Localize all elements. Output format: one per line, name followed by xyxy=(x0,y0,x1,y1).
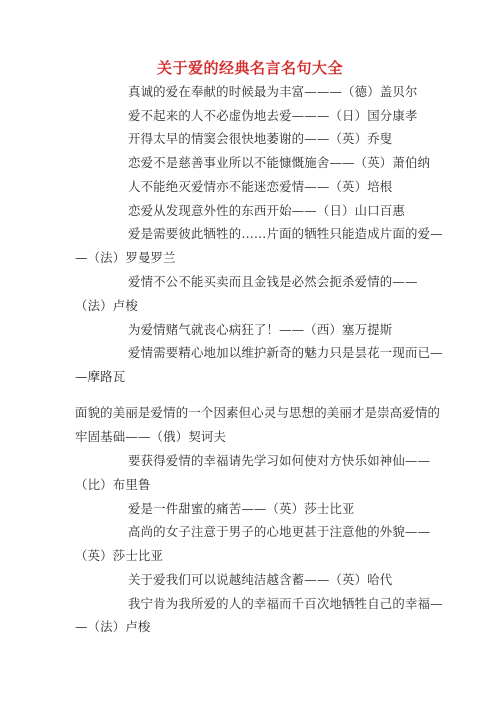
quote-continuation-line: —摩路瓦 xyxy=(75,369,125,385)
quote-line: 爱情需要精心地加以维护新奇的魅力只是昙花一现而已— xyxy=(128,345,443,361)
quote-continuation-line: 面貌的美丽是爱情的一个因素但心灵与思想的美丽才是崇高爱情的 xyxy=(75,405,440,421)
quote-line: 爱是需要彼此牺牲的……片面的牺牲只能造成片面的爱— xyxy=(128,226,443,242)
quote-line: 人不能绝灭爱情亦不能迷恋爱情——（英）培根 xyxy=(128,179,392,195)
quote-line: 真诚的爱在奉献的时候最为丰富———（德）盖贝尔 xyxy=(128,84,418,100)
quote-line: 我宁肯为我所爱的人的幸福而千百次地牺牲自己的幸福— xyxy=(128,596,443,612)
document-title: 关于爱的经典名言名句大全 xyxy=(0,57,500,78)
quote-line: 开得太早的情窦会很快地萎谢的——（英）乔叟 xyxy=(128,131,392,147)
quote-line: 为爱情赌气就丧心病狂了！——（西）塞万提斯 xyxy=(128,322,392,338)
quote-continuation-line: —（法）卢梭 xyxy=(75,619,151,635)
quote-line: 恋爱从发现意外性的东西开始——（日）山口百惠 xyxy=(128,203,405,219)
quote-continuation-line: （比）布里鲁 xyxy=(75,477,151,493)
quote-line: 要获得爱情的幸福请先学习如何使对方快乐如神仙—— xyxy=(128,453,430,469)
quote-line: 恋爱不是慈善事业所以不能慷慨施舍——（英）萧伯纳 xyxy=(128,155,430,171)
quote-line: 爱不起来的人不必虚伪地去爱———（日）国分康孝 xyxy=(128,108,418,124)
quote-line: 关于爱我们可以说越纯洁越含蓄——（英）哈代 xyxy=(128,572,392,588)
document-page: 关于爱的经典名言名句大全 真诚的爱在奉献的时候最为丰富———（德）盖贝尔爱不起来… xyxy=(0,0,500,708)
quote-continuation-line: —（法）罗曼罗兰 xyxy=(75,250,176,266)
quote-continuation-line: （英）莎士比亚 xyxy=(75,548,163,564)
quote-line: 爱情不公不能买卖而且金钱是必然会扼杀爱情的—— xyxy=(128,274,418,290)
quote-continuation-line: 牢固基础——（俄）契诃夫 xyxy=(75,429,226,445)
quote-continuation-line: （法）卢梭 xyxy=(75,298,138,314)
quote-line: 高尚的女子注意于男子的心地更甚于注意他的外貌—— xyxy=(128,524,430,540)
quote-line: 爱是一件甜蜜的痛苦——（英）莎士比亚 xyxy=(128,501,355,517)
